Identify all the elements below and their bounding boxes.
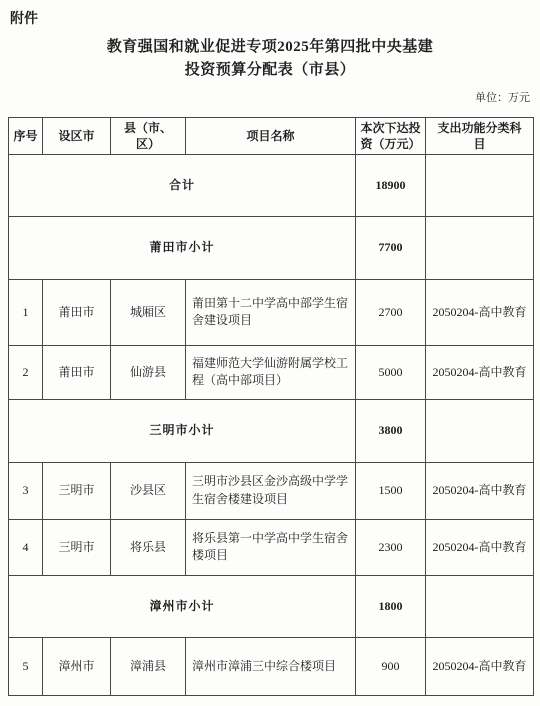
cell-project: 福建师范大学仙游附属学校工程（高中部项目） <box>186 345 356 399</box>
subtotal-amount: 7700 <box>356 216 426 279</box>
page-title-line1: 教育强国和就业促进专项2025年第四批中央基建 <box>0 36 540 59</box>
cell-amount: 900 <box>356 637 426 695</box>
page-title: 教育强国和就业促进专项2025年第四批中央基建 投资预算分配表（市县） <box>0 36 540 83</box>
table-row: 3 三明市 沙县区 三明市沙县区金沙高级中学学生宿舍楼建设项目 1500 205… <box>9 462 534 519</box>
col-header-no: 序号 <box>9 117 43 154</box>
table-row: 1 莆田市 城厢区 莆田第十二中学高中部学生宿舍建设项目 2700 205020… <box>9 279 534 345</box>
total-category <box>426 154 534 216</box>
cell-city: 漳州市 <box>43 637 111 695</box>
cell-project: 漳州市漳浦三中综合楼项目 <box>186 637 356 695</box>
cell-no: 1 <box>9 279 43 345</box>
subtotal-row-zhangzhou: 漳州市小计 1800 <box>9 575 534 637</box>
cell-county: 漳浦县 <box>111 637 186 695</box>
attachment-label: 附件 <box>0 0 540 28</box>
unit-note: 单位：万元 <box>0 89 530 105</box>
cell-city: 三明市 <box>43 462 111 519</box>
cell-county: 将乐县 <box>111 519 186 575</box>
subtotal-amount: 3800 <box>356 399 426 462</box>
subtotal-row-sanming: 三明市小计 3800 <box>9 399 534 462</box>
cell-amount: 2700 <box>356 279 426 345</box>
col-header-project: 项目名称 <box>186 117 356 154</box>
subtotal-label: 三明市小计 <box>9 399 356 462</box>
subtotal-label: 莆田市小计 <box>9 216 356 279</box>
cell-county: 仙游县 <box>111 345 186 399</box>
col-header-county: 县（市、 区） <box>111 117 186 154</box>
cell-no: 5 <box>9 637 43 695</box>
table-row: 4 三明市 将乐县 将乐县第一中学高中学生宿舍楼项目 2300 2050204-… <box>9 519 534 575</box>
cell-no: 2 <box>9 345 43 399</box>
cell-category: 2050204-高中教育 <box>426 279 534 345</box>
col-header-category: 支出功能分类科 目 <box>426 117 534 154</box>
cell-project: 莆田第十二中学高中部学生宿舍建设项目 <box>186 279 356 345</box>
cell-category: 2050204-高中教育 <box>426 637 534 695</box>
table-header-row: 序号 设区市 县（市、 区） 项目名称 本次下达投 资（万元） 支出功能分类科 … <box>9 117 534 154</box>
cell-amount: 5000 <box>356 345 426 399</box>
table-row: 5 漳州市 漳浦县 漳州市漳浦三中综合楼项目 900 2050204-高中教育 <box>9 637 534 695</box>
subtotal-category <box>426 216 534 279</box>
cell-no: 3 <box>9 462 43 519</box>
total-row: 合计 18900 <box>9 154 534 216</box>
cell-city: 莆田市 <box>43 345 111 399</box>
total-label: 合计 <box>9 154 356 216</box>
document-page: 附件 教育强国和就业促进专项2025年第四批中央基建 投资预算分配表（市县） 单… <box>0 0 540 706</box>
cell-category: 2050204-高中教育 <box>426 519 534 575</box>
subtotal-category <box>426 399 534 462</box>
cell-county: 沙县区 <box>111 462 186 519</box>
page-title-line2: 投资预算分配表（市县） <box>0 59 540 82</box>
subtotal-label: 漳州市小计 <box>9 575 356 637</box>
col-header-city: 设区市 <box>43 117 111 154</box>
cell-city: 三明市 <box>43 519 111 575</box>
cell-city: 莆田市 <box>43 279 111 345</box>
cell-project: 三明市沙县区金沙高级中学学生宿舍楼建设项目 <box>186 462 356 519</box>
cell-amount: 1500 <box>356 462 426 519</box>
cell-project: 将乐县第一中学高中学生宿舍楼项目 <box>186 519 356 575</box>
cell-category: 2050204-高中教育 <box>426 462 534 519</box>
cell-category: 2050204-高中教育 <box>426 345 534 399</box>
col-header-amount: 本次下达投 资（万元） <box>356 117 426 154</box>
subtotal-amount: 1800 <box>356 575 426 637</box>
cell-county: 城厢区 <box>111 279 186 345</box>
total-amount: 18900 <box>356 154 426 216</box>
allocation-table: 序号 设区市 县（市、 区） 项目名称 本次下达投 资（万元） 支出功能分类科 … <box>8 117 534 696</box>
cell-no: 4 <box>9 519 43 575</box>
subtotal-category <box>426 575 534 637</box>
table-row: 2 莆田市 仙游县 福建师范大学仙游附属学校工程（高中部项目） 5000 205… <box>9 345 534 399</box>
subtotal-row-putian: 莆田市小计 7700 <box>9 216 534 279</box>
cell-amount: 2300 <box>356 519 426 575</box>
